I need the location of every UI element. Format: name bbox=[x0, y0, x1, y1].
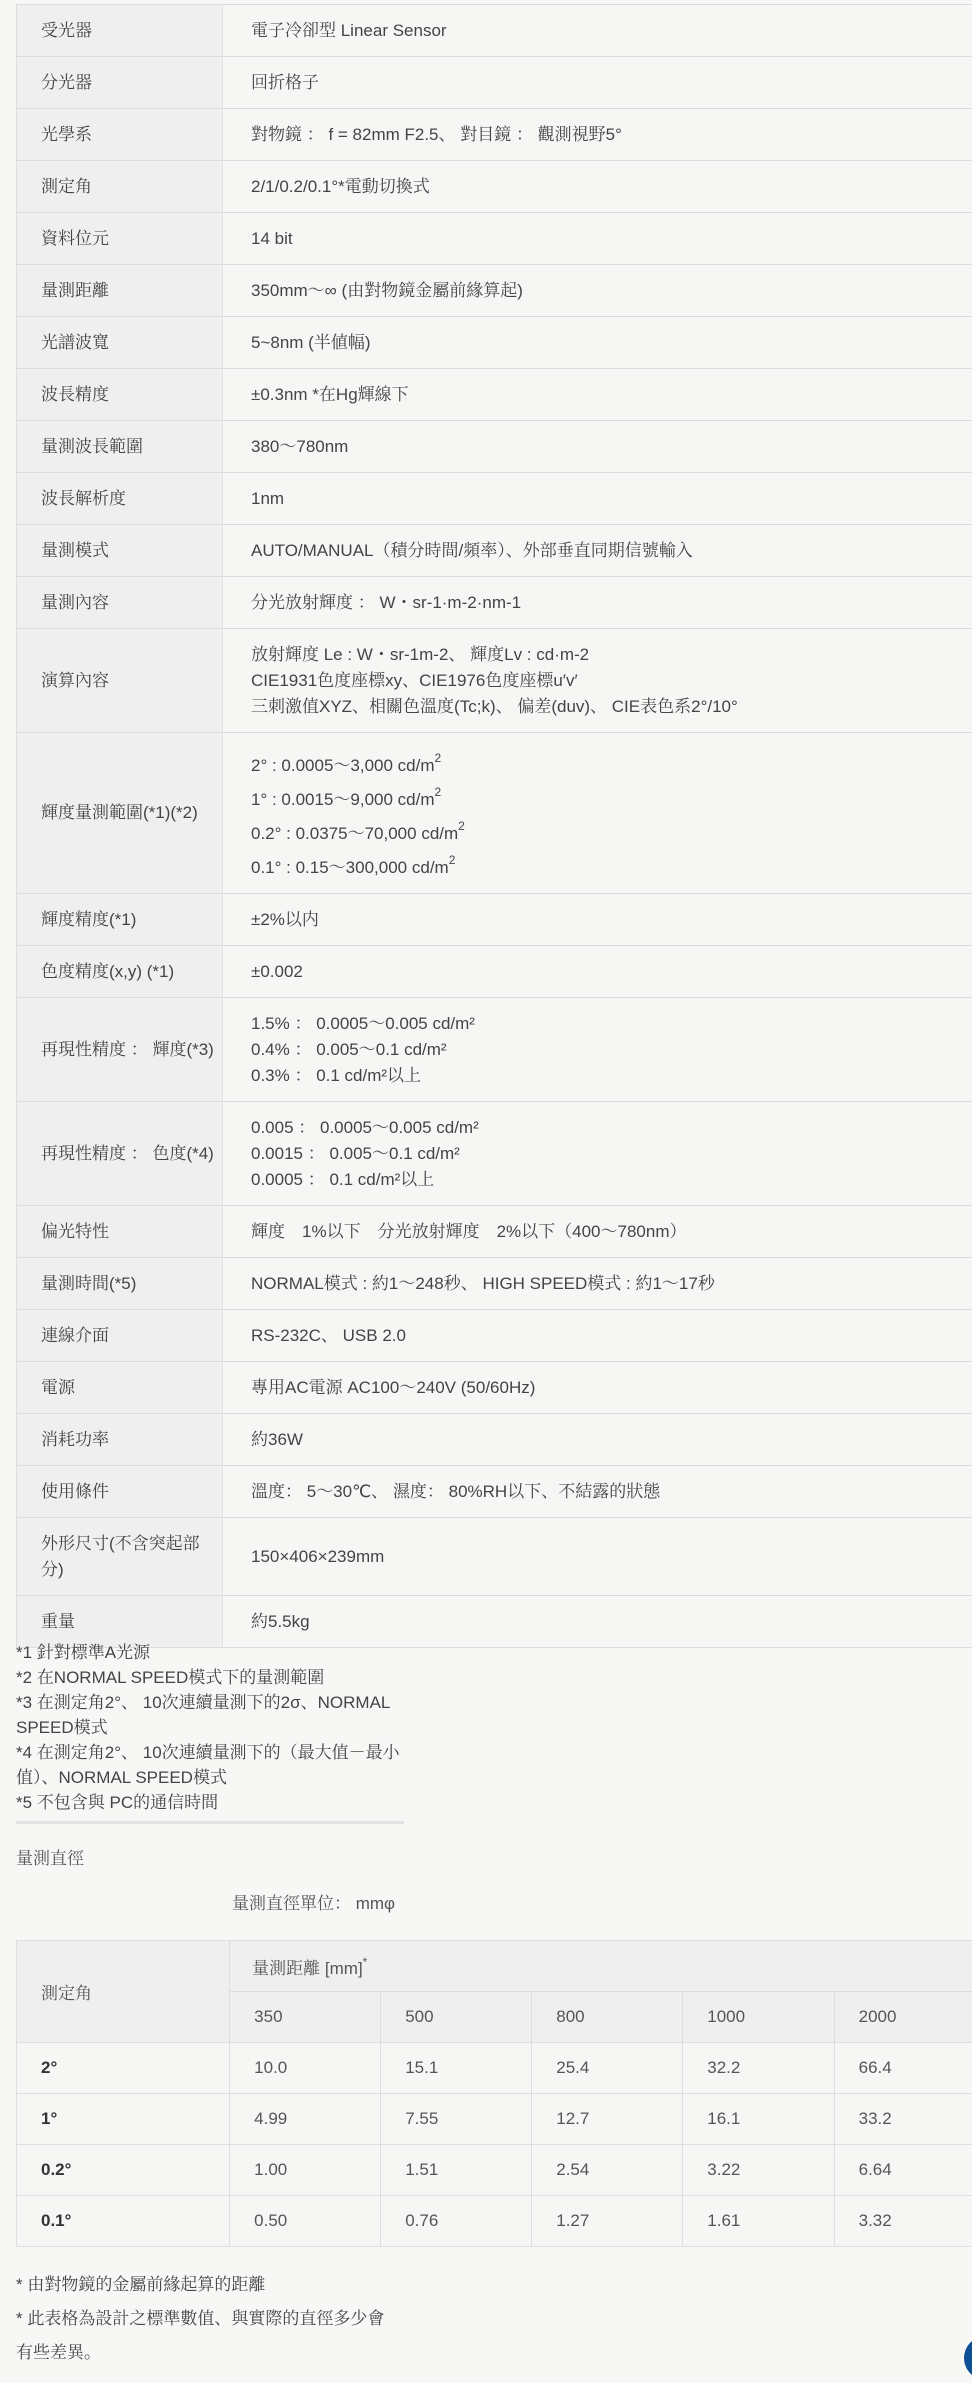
spec-row-polarization: 偏光特性 輝度 1%以下 分光放射輝度 2%以下（400～780nm） bbox=[17, 1206, 972, 1258]
cell: 15.1 bbox=[381, 2043, 532, 2094]
spec-value: 2° : 0.0005～3,000 cd/m2 1° : 0.0015～9,00… bbox=[223, 733, 972, 894]
spec-label: 演算內容 bbox=[17, 629, 223, 733]
spec-label: 量測波長範圍 bbox=[17, 421, 223, 473]
spec-row-content: 量測內容 分光放射輝度 ： W・sr-1·m-2·nm-1 bbox=[17, 577, 972, 629]
spec-row-measuring-angle: 測定角 2/1/0.2/0.1°*電動切換式 bbox=[17, 161, 972, 213]
cell: 6.64 bbox=[834, 2145, 972, 2196]
table-row: 0.1° 0.50 0.76 1.27 1.61 3.32 bbox=[17, 2196, 972, 2247]
spec-value: 350mm～∞ (由對物鏡金屬前緣算起) bbox=[223, 265, 972, 317]
cell: 1.00 bbox=[230, 2145, 381, 2196]
spec-value: 對物鏡 ： f = 82mm F2.5、 對目鏡 ： 觀測視野5° bbox=[223, 109, 972, 161]
spec-value-line: 放射輝度 Le : W・sr-1m-2、 輝度Lv : cd·m-2 bbox=[251, 642, 972, 668]
note-item: *3 在測定角2°、 10次連續量測下的2σ、NORMAL SPEED模式 bbox=[16, 1690, 404, 1740]
spec-value: 2/1/0.2/0.1°*電動切換式 bbox=[223, 161, 972, 213]
spec-value: AUTO/MANUAL（積分時間/頻率）、外部垂直同期信號輸入 bbox=[223, 525, 972, 577]
spec-value-line: 1.5% ： 0.0005～0.005 cd/m² bbox=[251, 1011, 972, 1037]
spec-value: ±0.002 bbox=[223, 946, 972, 998]
spec-value: 1nm bbox=[223, 473, 972, 525]
table-row: 1° 4.99 7.55 12.7 16.1 33.2 bbox=[17, 2094, 972, 2145]
cell: 33.2 bbox=[834, 2094, 972, 2145]
diameter-footnotes: * 由對物鏡的金屬前緣起算的距離 * 此表格為設計之標準數值、與實際的直徑多少會… bbox=[16, 2268, 384, 2370]
spec-label: 光譜波寬 bbox=[17, 317, 223, 369]
table-row: 2° 10.0 15.1 25.4 32.2 66.4 bbox=[17, 2043, 972, 2094]
spec-value-line: 三刺激值XYZ、相關色溫度(Tc;k)、 偏差(duv)、 CIE表色系2°/1… bbox=[251, 694, 972, 720]
spec-value-line: 0.0015 ： 0.005～0.1 cd/m² bbox=[251, 1141, 972, 1167]
spec-value: 分光放射輝度 ： W・sr-1·m-2·nm-1 bbox=[223, 577, 972, 629]
spec-label: 輝度量測範圍(*1)(*2) bbox=[17, 733, 223, 894]
spec-value: 約36W bbox=[223, 1414, 972, 1466]
spec-row-spectrometer: 分光器 回折格子 bbox=[17, 57, 972, 109]
spec-label: 波長解析度 bbox=[17, 473, 223, 525]
spec-value: ±0.3nm *在Hg輝線下 bbox=[223, 369, 972, 421]
spec-row-data-bits: 資料位元 14 bit bbox=[17, 213, 972, 265]
spec-value: 輝度 1%以下 分光放射輝度 2%以下（400～780nm） bbox=[223, 1206, 972, 1258]
spec-value: 專用AC電源 AC100～240V (50/60Hz) bbox=[223, 1362, 972, 1414]
row-angle: 1° bbox=[17, 2094, 230, 2145]
table-row: 0.2° 1.00 1.51 2.54 3.22 6.64 bbox=[17, 2145, 972, 2196]
cell: 1.61 bbox=[683, 2196, 834, 2247]
cell: 2.54 bbox=[532, 2145, 683, 2196]
row-angle: 0.2° bbox=[17, 2145, 230, 2196]
table-header-row: 測定角 量測距離 [mm]* bbox=[17, 1941, 972, 1992]
spec-row-wavelength-range: 量測波長範圍 380～780nm bbox=[17, 421, 972, 473]
spec-row-bandwidth: 光譜波寬 5~8nm (半値幅) bbox=[17, 317, 972, 369]
cell: 1.51 bbox=[381, 2145, 532, 2196]
diameter-table: 測定角 量測距離 [mm]* 350 500 800 1000 2000 2° … bbox=[16, 1940, 972, 2247]
cell: 25.4 bbox=[532, 2043, 683, 2094]
spec-value: 150×406×239mm bbox=[223, 1518, 972, 1596]
cell: 66.4 bbox=[834, 2043, 972, 2094]
section-title: 量測直徑 bbox=[16, 1844, 84, 1869]
spec-value: 5~8nm (半値幅) bbox=[223, 317, 972, 369]
row-angle: 0.1° bbox=[17, 2196, 230, 2247]
spec-row-wavelength-resolution: 波長解析度 1nm bbox=[17, 473, 972, 525]
note-item: *1 針對標準A光源 bbox=[16, 1640, 404, 1665]
spec-row-repeatability-luminance: 再現性精度 ： 輝度(*3) 1.5% ： 0.0005～0.005 cd/m²… bbox=[17, 998, 972, 1102]
column-header: 800 bbox=[532, 1992, 683, 2043]
spec-label: 資料位元 bbox=[17, 213, 223, 265]
spec-row-luminance-accuracy: 輝度精度(*1) ±2%以内 bbox=[17, 894, 972, 946]
spec-row-operating-conditions: 使用條件 溫度： 5～30℃、 濕度： 80%RH以下、不結露的狀態 bbox=[17, 1466, 972, 1518]
spec-label: 使用條件 bbox=[17, 1466, 223, 1518]
spec-value-line: 0.2° : 0.0375～70,000 cd/m2 bbox=[251, 813, 972, 847]
spec-value: 溫度： 5～30℃、 濕度： 80%RH以下、不結露的狀態 bbox=[223, 1466, 972, 1518]
spec-table: 受光器 電子冷卻型 Linear Sensor 分光器 回折格子 光學系 對物鏡… bbox=[16, 4, 972, 1648]
spec-row-distance: 量測距離 350mm～∞ (由對物鏡金屬前緣算起) bbox=[17, 265, 972, 317]
spec-value-line: 0.005 ： 0.0005～0.005 cd/m² bbox=[251, 1115, 972, 1141]
spec-label: 測定角 bbox=[17, 161, 223, 213]
spec-label: 分光器 bbox=[17, 57, 223, 109]
spec-label: 量測內容 bbox=[17, 577, 223, 629]
cell: 0.50 bbox=[230, 2196, 381, 2247]
spec-row-sensor: 受光器 電子冷卻型 Linear Sensor bbox=[17, 5, 972, 57]
spec-label: 消耗功率 bbox=[17, 1414, 223, 1466]
spec-label: 再現性精度 ： 輝度(*3) bbox=[17, 998, 223, 1102]
spec-value: 14 bit bbox=[223, 213, 972, 265]
spec-row-optics: 光學系 對物鏡 ： f = 82mm F2.5、 對目鏡 ： 觀測視野5° bbox=[17, 109, 972, 161]
spec-value-line: 0.0005 ： 0.1 cd/m²以上 bbox=[251, 1167, 972, 1193]
spec-label: 再現性精度 ： 色度(*4) bbox=[17, 1102, 223, 1206]
spec-label: 色度精度(x,y) (*1) bbox=[17, 946, 223, 998]
spec-value-line: 0.1° : 0.15～300,000 cd/m2 bbox=[251, 847, 972, 881]
spec-notes: *1 針對標準A光源 *2 在NORMAL SPEED模式下的量測範圍 *3 在… bbox=[16, 1640, 404, 1824]
cell: 32.2 bbox=[683, 2043, 834, 2094]
cell: 3.22 bbox=[683, 2145, 834, 2196]
spec-row-dimensions: 外形尺寸(不含突起部分) 150×406×239mm bbox=[17, 1518, 972, 1596]
spec-value: RS-232C、 USB 2.0 bbox=[223, 1310, 972, 1362]
note-item: *5 不包含與 PC的通信時間 bbox=[16, 1790, 404, 1815]
spec-label: 輝度精度(*1) bbox=[17, 894, 223, 946]
spec-value-line: 2° : 0.0005～3,000 cd/m2 bbox=[251, 745, 972, 779]
spec-label: 外形尺寸(不含突起部分) bbox=[17, 1518, 223, 1596]
column-header: 350 bbox=[230, 1992, 381, 2043]
spec-row-calculation: 演算內容 放射輝度 Le : W・sr-1m-2、 輝度Lv : cd·m-2 … bbox=[17, 629, 972, 733]
column-header-angle: 測定角 bbox=[17, 1941, 230, 2043]
note-item: *2 在NORMAL SPEED模式下的量測範圍 bbox=[16, 1665, 404, 1690]
spec-value-line: 0.4% ： 0.005～0.1 cd/m² bbox=[251, 1037, 972, 1063]
note-item: *4 在測定角2°、 10次連續量測下的（最大值－最小值）、NORMAL SPE… bbox=[16, 1740, 404, 1790]
spec-row-mode: 量測模式 AUTO/MANUAL（積分時間/頻率）、外部垂直同期信號輸入 bbox=[17, 525, 972, 577]
spec-value: 0.005 ： 0.0005～0.005 cd/m² 0.0015 ： 0.00… bbox=[223, 1102, 972, 1206]
cell: 12.7 bbox=[532, 2094, 683, 2145]
cell: 4.99 bbox=[230, 2094, 381, 2145]
spec-label: 波長精度 bbox=[17, 369, 223, 421]
floating-action-button[interactable] bbox=[964, 2336, 972, 2380]
spec-value: 回折格子 bbox=[223, 57, 972, 109]
row-angle: 2° bbox=[17, 2043, 230, 2094]
spec-value: ±2%以内 bbox=[223, 894, 972, 946]
spec-row-power-consumption: 消耗功率 約36W bbox=[17, 1414, 972, 1466]
spec-value: 電子冷卻型 Linear Sensor bbox=[223, 5, 972, 57]
footnote: * 此表格為設計之標準數值、與實際的直徑多少會 bbox=[16, 2302, 384, 2336]
spec-value-line: 1° : 0.0015～9,000 cd/m2 bbox=[251, 779, 972, 813]
spec-value: 380～780nm bbox=[223, 421, 972, 473]
cell: 16.1 bbox=[683, 2094, 834, 2145]
column-header: 1000 bbox=[683, 1992, 834, 2043]
spec-value: 放射輝度 Le : W・sr-1m-2、 輝度Lv : cd·m-2 CIE19… bbox=[223, 629, 972, 733]
spec-row-interface: 連線介面 RS-232C、 USB 2.0 bbox=[17, 1310, 972, 1362]
column-header: 2000 bbox=[834, 1992, 972, 2043]
spec-label: 光學系 bbox=[17, 109, 223, 161]
cell: 3.32 bbox=[834, 2196, 972, 2247]
cell: 7.55 bbox=[381, 2094, 532, 2145]
spec-value-line: 0.3% ： 0.1 cd/m²以上 bbox=[251, 1063, 972, 1089]
spec-value: 1.5% ： 0.0005～0.005 cd/m² 0.4% ： 0.005～0… bbox=[223, 998, 972, 1102]
spec-value: NORMAL模式 : 約1～248秒、 HIGH SPEED模式 : 約1～17… bbox=[223, 1258, 972, 1310]
cell: 0.76 bbox=[381, 2196, 532, 2247]
spec-row-luminance-range: 輝度量測範圍(*1)(*2) 2° : 0.0005～3,000 cd/m2 1… bbox=[17, 733, 972, 894]
footnote: * 由對物鏡的金屬前緣起算的距離 bbox=[16, 2268, 384, 2302]
footnote: 有些差異。 bbox=[16, 2336, 384, 2370]
spec-row-measurement-time: 量測時間(*5) NORMAL模式 : 約1～248秒、 HIGH SPEED模… bbox=[17, 1258, 972, 1310]
spec-label: 量測距離 bbox=[17, 265, 223, 317]
spec-row-wavelength-accuracy: 波長精度 ±0.3nm *在Hg輝線下 bbox=[17, 369, 972, 421]
spec-value-line: CIE1931色度座標xy、CIE1976色度座標u′v′ bbox=[251, 668, 972, 694]
spec-label: 電源 bbox=[17, 1362, 223, 1414]
spec-label: 連線介面 bbox=[17, 1310, 223, 1362]
column-header: 500 bbox=[381, 1992, 532, 2043]
spec-label: 偏光特性 bbox=[17, 1206, 223, 1258]
unit-caption: 量測直徑單位： mmφ bbox=[232, 1889, 395, 1914]
spec-row-repeatability-chromaticity: 再現性精度 ： 色度(*4) 0.005 ： 0.0005～0.005 cd/m… bbox=[17, 1102, 972, 1206]
spec-row-power: 電源 專用AC電源 AC100～240V (50/60Hz) bbox=[17, 1362, 972, 1414]
spec-label: 量測模式 bbox=[17, 525, 223, 577]
column-header-distance-group: 量測距離 [mm]* bbox=[230, 1941, 972, 1992]
cell: 10.0 bbox=[230, 2043, 381, 2094]
spec-label: 受光器 bbox=[17, 5, 223, 57]
spec-row-chromaticity-accuracy: 色度精度(x,y) (*1) ±0.002 bbox=[17, 946, 972, 998]
spec-label: 量測時間(*5) bbox=[17, 1258, 223, 1310]
cell: 1.27 bbox=[532, 2196, 683, 2247]
